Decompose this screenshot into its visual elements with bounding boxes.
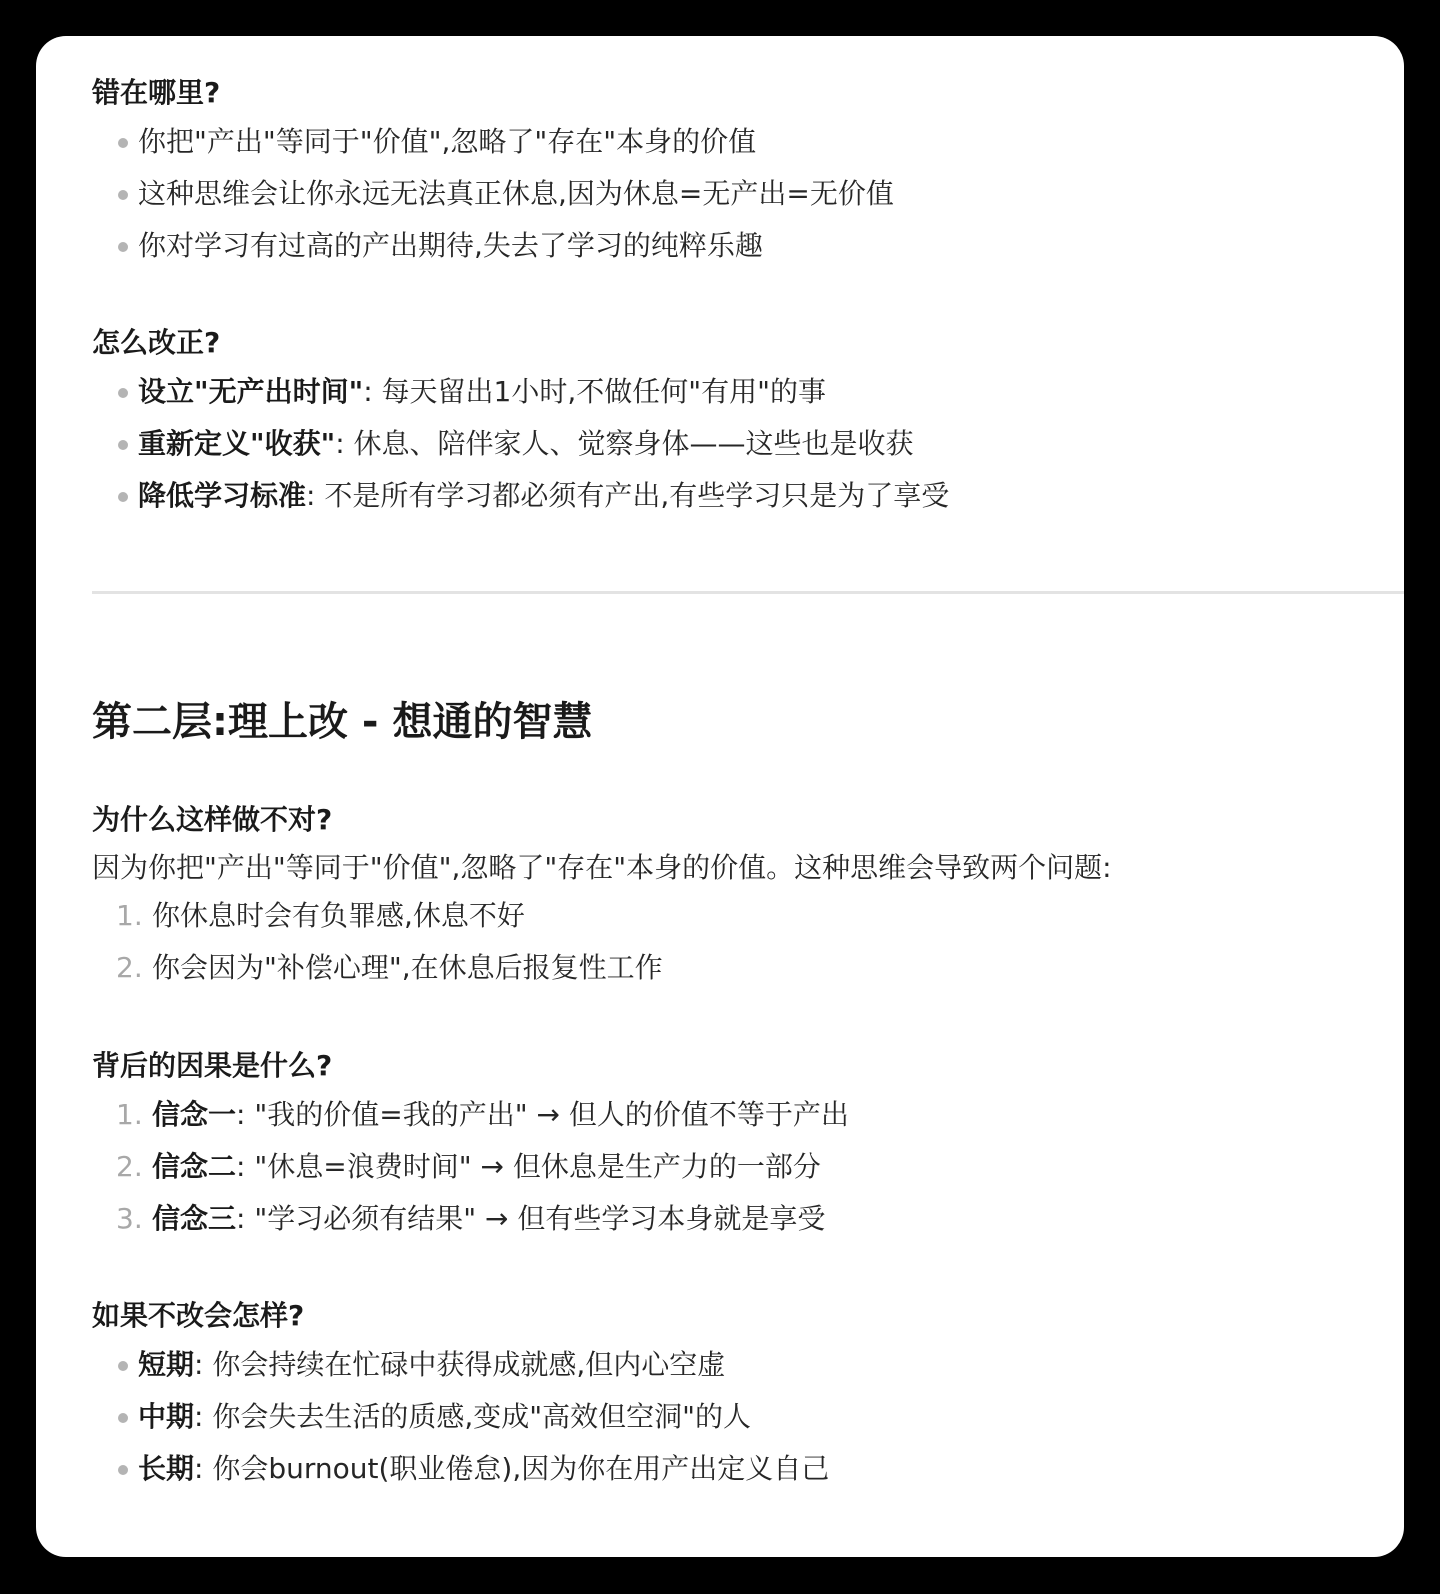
- bullet-icon: [118, 242, 128, 252]
- bullet-icon: [118, 138, 128, 148]
- bullet-icon: [118, 1413, 128, 1423]
- heading-where-wrong: 错在哪里?: [92, 73, 220, 113]
- list-item-text: : 不是所有学习都必须有产出,有些学习只是为了享受: [306, 479, 949, 512]
- bullet-icon: [118, 440, 128, 450]
- bullet-icon: [118, 1465, 128, 1475]
- list-item-text: 你把"产出"等同于"价值",忽略了"存在"本身的价值: [138, 122, 756, 162]
- list-item-text: : "我的价值=我的产出" → 但人的价值不等于产出: [236, 1098, 849, 1131]
- list-item-term: 中期: [138, 1400, 194, 1433]
- bullet-icon: [118, 190, 128, 200]
- list-item-term: 降低学习标准: [138, 479, 306, 512]
- horizontal-divider: [92, 591, 1404, 594]
- heading-how-to-fix: 怎么改正?: [92, 323, 220, 363]
- list-item-text: : "休息=浪费时间" → 但休息是生产力的一部分: [236, 1150, 821, 1183]
- list-item-text: : 休息、陪伴家人、觉察身体——这些也是收获: [335, 427, 913, 460]
- list-item-term: 长期: [138, 1452, 194, 1485]
- list-item-term: 重新定义"收获": [138, 427, 335, 460]
- list-item-term: 信念一: [152, 1098, 236, 1131]
- list-item-term: 信念二: [152, 1150, 236, 1183]
- list-item-text: 你会因为"补偿心理",在休息后报复性工作: [152, 948, 663, 988]
- list-item-text: 这种思维会让你永远无法真正休息,因为休息=无产出=无价值: [138, 174, 894, 214]
- list-item-text: : 每天留出1小时,不做任何"有用"的事: [363, 375, 826, 408]
- list-item-text: : "学习必须有结果" → 但有些学习本身就是享受: [236, 1202, 825, 1235]
- list-item-term: 短期: [138, 1348, 194, 1381]
- list-item-text: 你休息时会有负罪感,休息不好: [152, 896, 525, 936]
- section-title: 第二层:理上改 - 想通的智慧: [92, 694, 592, 750]
- list-item-term: 设立"无产出时间": [138, 375, 363, 408]
- bullet-icon: [118, 492, 128, 502]
- bullet-icon: [118, 388, 128, 398]
- list-number: 3.: [116, 1199, 143, 1239]
- why-paragraph: 因为你把"产出"等同于"价值",忽略了"存在"本身的价值。这种思维会导致两个问题…: [92, 848, 1112, 888]
- list-number: 2.: [116, 948, 143, 988]
- document-card: 错在哪里? 你把"产出"等同于"价值",忽略了"存在"本身的价值 这种思维会让你…: [36, 36, 1404, 1557]
- bullet-icon: [118, 1361, 128, 1371]
- list-item-text: 你对学习有过高的产出期待,失去了学习的纯粹乐趣: [138, 226, 763, 266]
- list-item-text: : 你会持续在忙碌中获得成就感,但内心空虚: [194, 1348, 725, 1381]
- list-number: 1.: [116, 896, 143, 936]
- list-number: 1.: [116, 1095, 143, 1135]
- heading-cause-effect: 背后的因果是什么?: [92, 1046, 332, 1086]
- heading-consequences: 如果不改会怎样?: [92, 1296, 304, 1336]
- list-number: 2.: [116, 1147, 143, 1187]
- heading-why-wrong: 为什么这样做不对?: [92, 800, 332, 840]
- list-item-text: : 你会失去生活的质感,变成"高效但空洞"的人: [194, 1400, 751, 1433]
- list-item-text: : 你会burnout(职业倦怠),因为你在用产出定义自己: [194, 1452, 829, 1485]
- list-item-term: 信念三: [152, 1202, 236, 1235]
